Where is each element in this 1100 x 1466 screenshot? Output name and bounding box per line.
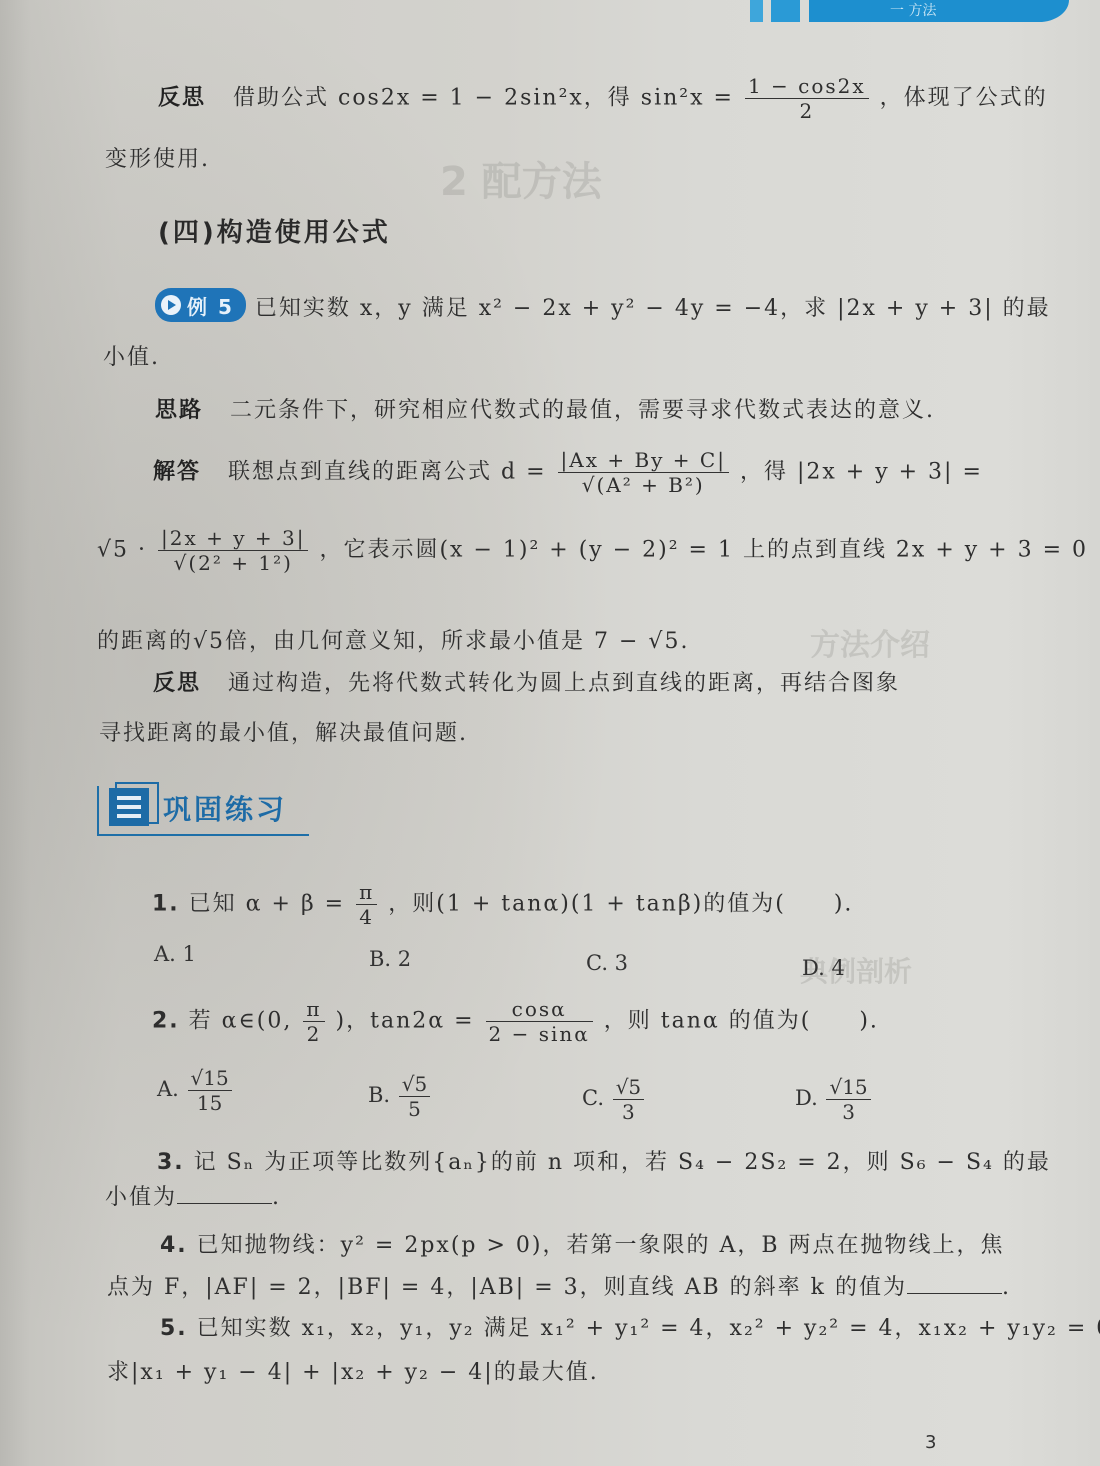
fraction: π 4 (356, 880, 377, 929)
question-3: 3. 记 Sₙ 为正项等比数列{aₙ}的前 n 项和，若 S₄ − 2S₂ = … (157, 1145, 1051, 1176)
section-title: (四)构造使用公式 (158, 212, 391, 249)
question-3-cont: 小值为. (105, 1180, 281, 1211)
answer-blank[interactable] (177, 1185, 272, 1204)
example-5-problem-cont: 小值. (103, 340, 160, 371)
reflection-paragraph: 反思 借助公式 cos2x = 1 − 2sin²x，得 sin²x = 1 −… (158, 74, 1048, 123)
header-tab-label: 一 方法 (890, 0, 936, 20)
example-badge: 例 5 (155, 288, 246, 322)
reflection-2-cont: 寻找距离的最小值，解决最值问题. (99, 716, 468, 747)
question-2: 2. 若 α∈(0, π 2 )，tan2α = cosα 2 − sinα ，… (152, 997, 879, 1046)
page-number: 3 (925, 1432, 936, 1453)
answer-blank[interactable] (907, 1275, 1002, 1294)
idea-label: 思路 (155, 398, 203, 423)
solution-label: 解答 (153, 460, 201, 485)
q1-option-c: C. 3 (586, 951, 628, 975)
fraction: 1 − cos2x 2 (745, 74, 869, 123)
three-glyph-icon (117, 796, 141, 823)
practice-title: 巩固练习 (163, 788, 287, 828)
question-5: 5. 已知实数 x₁，x₂，y₁，y₂ 满足 x₁² + y₁² = 4，x₂²… (160, 1311, 1100, 1342)
q2-option-a: A. √1515 (157, 1066, 234, 1115)
idea-paragraph: 思路 二元条件下，研究相应代数式的最值，需要寻求代数式表达的意义. (155, 393, 935, 424)
fraction: cosα 2 − sinα (486, 997, 593, 1046)
solution-line-2: √5 · |2x + y + 3| √(2² + 1²) ，它表示圆(x − 1… (97, 526, 1088, 575)
q2-option-d: D. √153 (795, 1075, 873, 1124)
reflection-text-cont: 变形使用. (105, 142, 210, 173)
bleed-through: 方法介绍 (810, 620, 930, 664)
header-tab-stripe (750, 0, 763, 22)
q1-option-a: A. 1 (154, 942, 196, 966)
q2-option-c: C. √53 (582, 1075, 646, 1124)
q1-option-d: D. 4 (802, 956, 845, 980)
fraction: π 2 (303, 997, 324, 1046)
fraction: |2x + y + 3| √(2² + 1²) (158, 526, 308, 575)
header-tab (809, 0, 1069, 22)
reflection-text: 借助公式 cos2x = 1 − 2sin²x，得 sin²x = (233, 86, 734, 111)
bleed-through: 2 配方法 (440, 150, 602, 207)
reflection-label: 反思 (158, 86, 206, 111)
practice-section-header: 巩固练习 (97, 778, 312, 834)
example-5-problem: 例 5 已知实数 x，y 满足 x² − 2x + y² − 4y = −4，求… (155, 288, 1051, 322)
question-1: 1. 已知 α + β = π 4 ，则(1 + tanα)(1 + tanβ)… (152, 880, 853, 929)
reflection-2-paragraph: 反思 通过构造，先将代数式转化为圆上点到直线的距离，再结合图象 (153, 666, 900, 697)
header-tab-stripe (771, 0, 800, 22)
question-4: 4. 已知抛物线：y² = 2px(p > 0)，若第一象限的 A，B 两点在抛… (160, 1228, 1005, 1259)
reflection-label: 反思 (153, 671, 201, 696)
solution-line-3: 的距离的√5倍，由几何意义知，所求最小值是 7 − √5. (97, 624, 689, 655)
q1-option-b: B. 2 (369, 947, 411, 971)
play-icon (161, 295, 181, 315)
distance-formula-fraction: |Ax + By + C| √(A² + B²) (558, 448, 729, 497)
q2-option-b: B. √55 (368, 1072, 432, 1121)
question-4-cont: 点为 F，|AF| = 2，|BF| = 4，|AB| = 3，则直线 AB 的… (107, 1270, 1011, 1301)
question-5-cont: 求|x₁ + y₁ − 4| + |x₂ + y₂ − 4|的最大值. (107, 1355, 599, 1386)
solution-paragraph: 解答 联想点到直线的距离公式 d = |Ax + By + C| √(A² + … (153, 448, 983, 497)
